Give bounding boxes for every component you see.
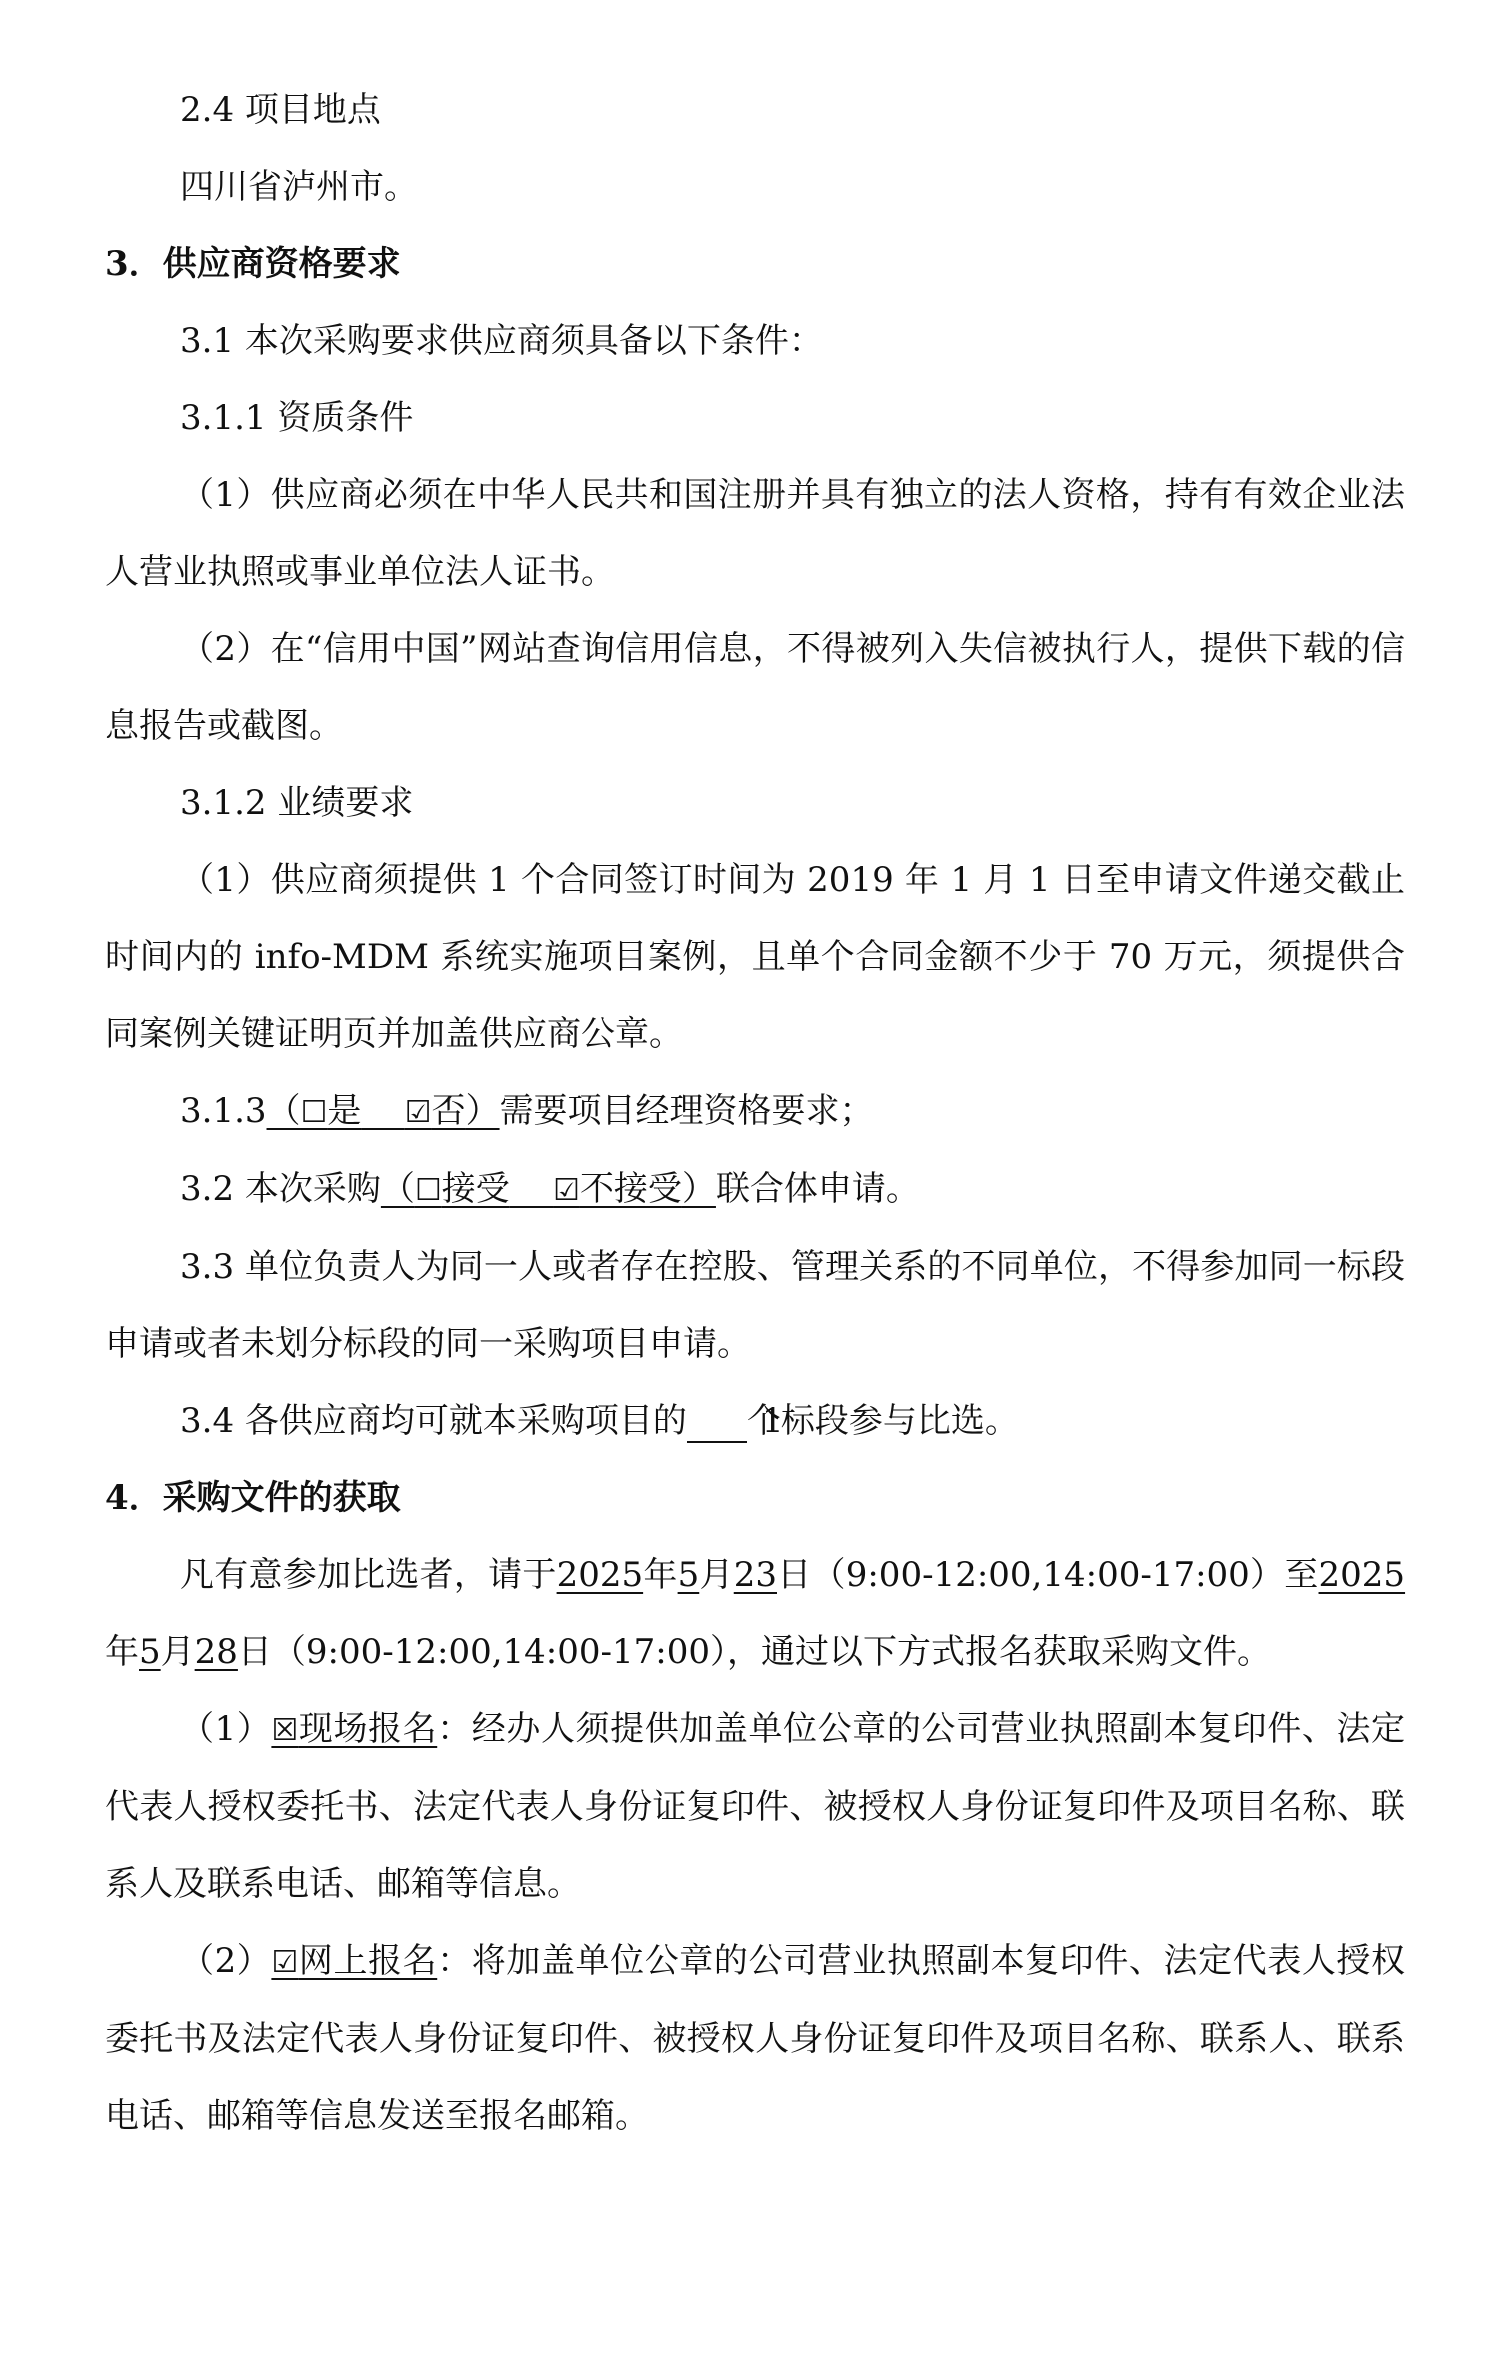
- onsite-registration: （1）☒现场报名：经办人须提供加盖单位公章的公司营业执照副本复印件、法定代表人授…: [105, 1691, 1405, 1923]
- document-page: 2.4 项目地点 四川省泸州市。 3．供应商资格要求 3.1 本次采购要求供应商…: [105, 72, 1405, 2155]
- pm-option-yes: （☐是: [267, 1091, 405, 1131]
- section-3-1-1-title: 3.1.1 资质条件: [105, 380, 1405, 457]
- consortium-option-reject: ☑不接受）: [553, 1169, 716, 1209]
- start-year: 2025: [557, 1555, 644, 1595]
- end-day: 28: [195, 1632, 238, 1672]
- start-month: 5: [678, 1555, 700, 1595]
- section-3-1-2-title: 3.1.2 业绩要求: [105, 765, 1405, 842]
- end-year: 2025: [1319, 1555, 1406, 1595]
- section-3-2: 3.2 本次采购（☐接受 ☑不接受）联合体申请。: [105, 1151, 1405, 1229]
- online-registration-label: ☑网上报名: [271, 1941, 437, 1981]
- section-3-1: 3.1 本次采购要求供应商须具备以下条件：: [105, 303, 1405, 380]
- section-3-1-3: 3.1.3（☐是 ☑否）需要项目经理资格要求；: [105, 1073, 1405, 1151]
- office-hours: （9:00-12:00,14:00-17:00）: [811, 1555, 1284, 1595]
- section-3-3: 3.3 单位负责人为同一人或者存在控股、管理关系的不同单位，不得参加同一标段申请…: [105, 1229, 1405, 1383]
- section-2-4-title: 2.4 项目地点: [105, 72, 1405, 149]
- start-day: 23: [734, 1555, 777, 1595]
- registration-period: 凡有意参加比选者，请于2025年5月23日（9:00-12:00,14:00-1…: [105, 1537, 1405, 1691]
- qualification-item-2: （2）在“信用中国”网站查询信用信息，不得被列入失信被执行人，提供下载的信息报告…: [105, 611, 1405, 765]
- unchecked-box-icon: ☐: [301, 1095, 328, 1130]
- online-registration: （2）☑网上报名：将加盖单位公章的公司营业执照副本复印件、法定代表人授权委托书及…: [105, 1923, 1405, 2155]
- pm-option-no: ☑否）: [405, 1091, 500, 1131]
- checked-box-icon: ☑: [553, 1173, 580, 1208]
- end-month: 5: [139, 1632, 161, 1672]
- project-location: 四川省泸州市。: [105, 149, 1405, 226]
- checked-box-icon: ☑: [271, 1945, 298, 1980]
- qualification-item-1: （1）供应商必须在中华人民共和国注册并具有独立的法人资格，持有有效企业法人营业执…: [105, 457, 1405, 611]
- section-3-heading: 3．供应商资格要求: [105, 226, 1405, 303]
- section-3-4: 3.4 各供应商均可就本采购项目的1个标段参与比选。: [105, 1383, 1405, 1460]
- crossed-box-icon: ☒: [271, 1713, 298, 1748]
- unchecked-box-icon: ☐: [415, 1173, 442, 1208]
- consortium-option-accept: （☐接受: [381, 1169, 553, 1209]
- section-4-heading: 4．采购文件的获取: [105, 1460, 1405, 1537]
- performance-item-1: （1）供应商须提供 1 个合同签订时间为 2019 年 1 月 1 日至申请文件…: [105, 842, 1405, 1073]
- lot-count: 1: [687, 1401, 747, 1443]
- checked-box-icon: ☑: [405, 1095, 432, 1130]
- onsite-registration-label: ☒现场报名: [271, 1709, 437, 1749]
